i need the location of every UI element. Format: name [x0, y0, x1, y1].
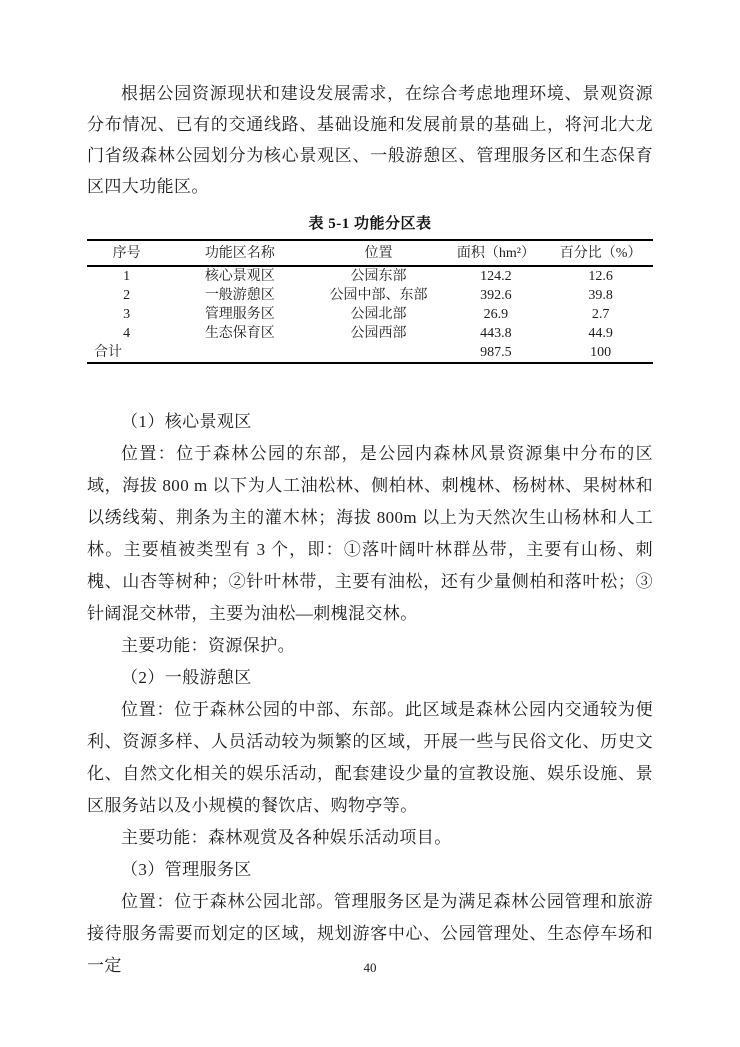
table-cell — [166, 343, 313, 363]
table-cell: 26.9 — [444, 305, 549, 324]
section-paragraph: 主要功能：森林观赏及各种娱乐活动项目。 — [87, 822, 653, 854]
table-cell: 管理服务区 — [166, 305, 313, 324]
table-total-row: 合计 987.5 100 — [87, 343, 653, 363]
table-cell: 一般游憩区 — [166, 286, 313, 305]
column-header-location: 位置 — [313, 240, 443, 266]
table-cell: 公园西部 — [313, 324, 443, 343]
table-cell: 124.2 — [444, 266, 549, 286]
table-cell: 1 — [87, 266, 166, 286]
table-cell: 2 — [87, 286, 166, 305]
section-heading: （1）核心景观区 — [87, 406, 653, 438]
page-number: 40 — [0, 960, 740, 976]
table-cell: 公园东部 — [313, 266, 443, 286]
table-cell: 2.7 — [548, 305, 653, 324]
table-cell: 公园北部 — [313, 305, 443, 324]
column-header-index: 序号 — [87, 240, 166, 266]
table-cell: 44.9 — [548, 324, 653, 343]
zoning-table: 序号 功能区名称 位置 面积（hm²） 百分比（%） 1 核心景观区 公园东部 … — [87, 239, 653, 364]
table-cell-total-label: 合计 — [87, 343, 166, 363]
section-paragraph: 位置：位于森林公园的东部，是公园内森林风景资源集中分布的区域，海拔 800 m … — [87, 438, 653, 630]
table-row: 4 生态保育区 公园西部 443.8 44.9 — [87, 324, 653, 343]
table-cell: 12.6 — [548, 266, 653, 286]
table-row: 1 核心景观区 公园东部 124.2 12.6 — [87, 266, 653, 286]
table-cell: 392.6 — [444, 286, 549, 305]
section-paragraph: 位置：位于森林公园的中部、东部。此区域是森林公园内交通较为便利、资源多样、人员活… — [87, 694, 653, 822]
table-cell: 公园中部、东部 — [313, 286, 443, 305]
table-cell — [313, 343, 443, 363]
table-header-row: 序号 功能区名称 位置 面积（hm²） 百分比（%） — [87, 240, 653, 266]
column-header-zone-name: 功能区名称 — [166, 240, 313, 266]
table-row: 2 一般游憩区 公园中部、东部 392.6 39.8 — [87, 286, 653, 305]
table-cell: 987.5 — [444, 343, 549, 363]
table-cell: 3 — [87, 305, 166, 324]
section-heading: （2）一般游憩区 — [87, 662, 653, 694]
table-cell: 443.8 — [444, 324, 549, 343]
intro-paragraph: 根据公园资源现状和建设发展需求，在综合考虑地理环境、景观资源分布情况、已有的交通… — [87, 78, 653, 202]
column-header-percentage: 百分比（%） — [548, 240, 653, 266]
table-cell: 39.8 — [548, 286, 653, 305]
table-cell: 核心景观区 — [166, 266, 313, 286]
document-page: 根据公园资源现状和建设发展需求，在综合考虑地理环境、景观资源分布情况、已有的交通… — [0, 0, 740, 1047]
column-header-area: 面积（hm²） — [444, 240, 549, 266]
table-row: 3 管理服务区 公园北部 26.9 2.7 — [87, 305, 653, 324]
table-cell: 100 — [548, 343, 653, 363]
table-cell: 生态保育区 — [166, 324, 313, 343]
section-paragraph: 主要功能：资源保护。 — [87, 630, 653, 662]
table-cell: 4 — [87, 324, 166, 343]
table-title: 表 5-1 功能分区表 — [87, 212, 653, 233]
section-core-landscape: （1）核心景观区 位置：位于森林公园的东部，是公园内森林风景资源集中分布的区域，… — [87, 406, 653, 662]
section-heading: （3）管理服务区 — [87, 854, 653, 886]
section-general-recreation: （2）一般游憩区 位置：位于森林公园的中部、东部。此区域是森林公园内交通较为便利… — [87, 662, 653, 854]
